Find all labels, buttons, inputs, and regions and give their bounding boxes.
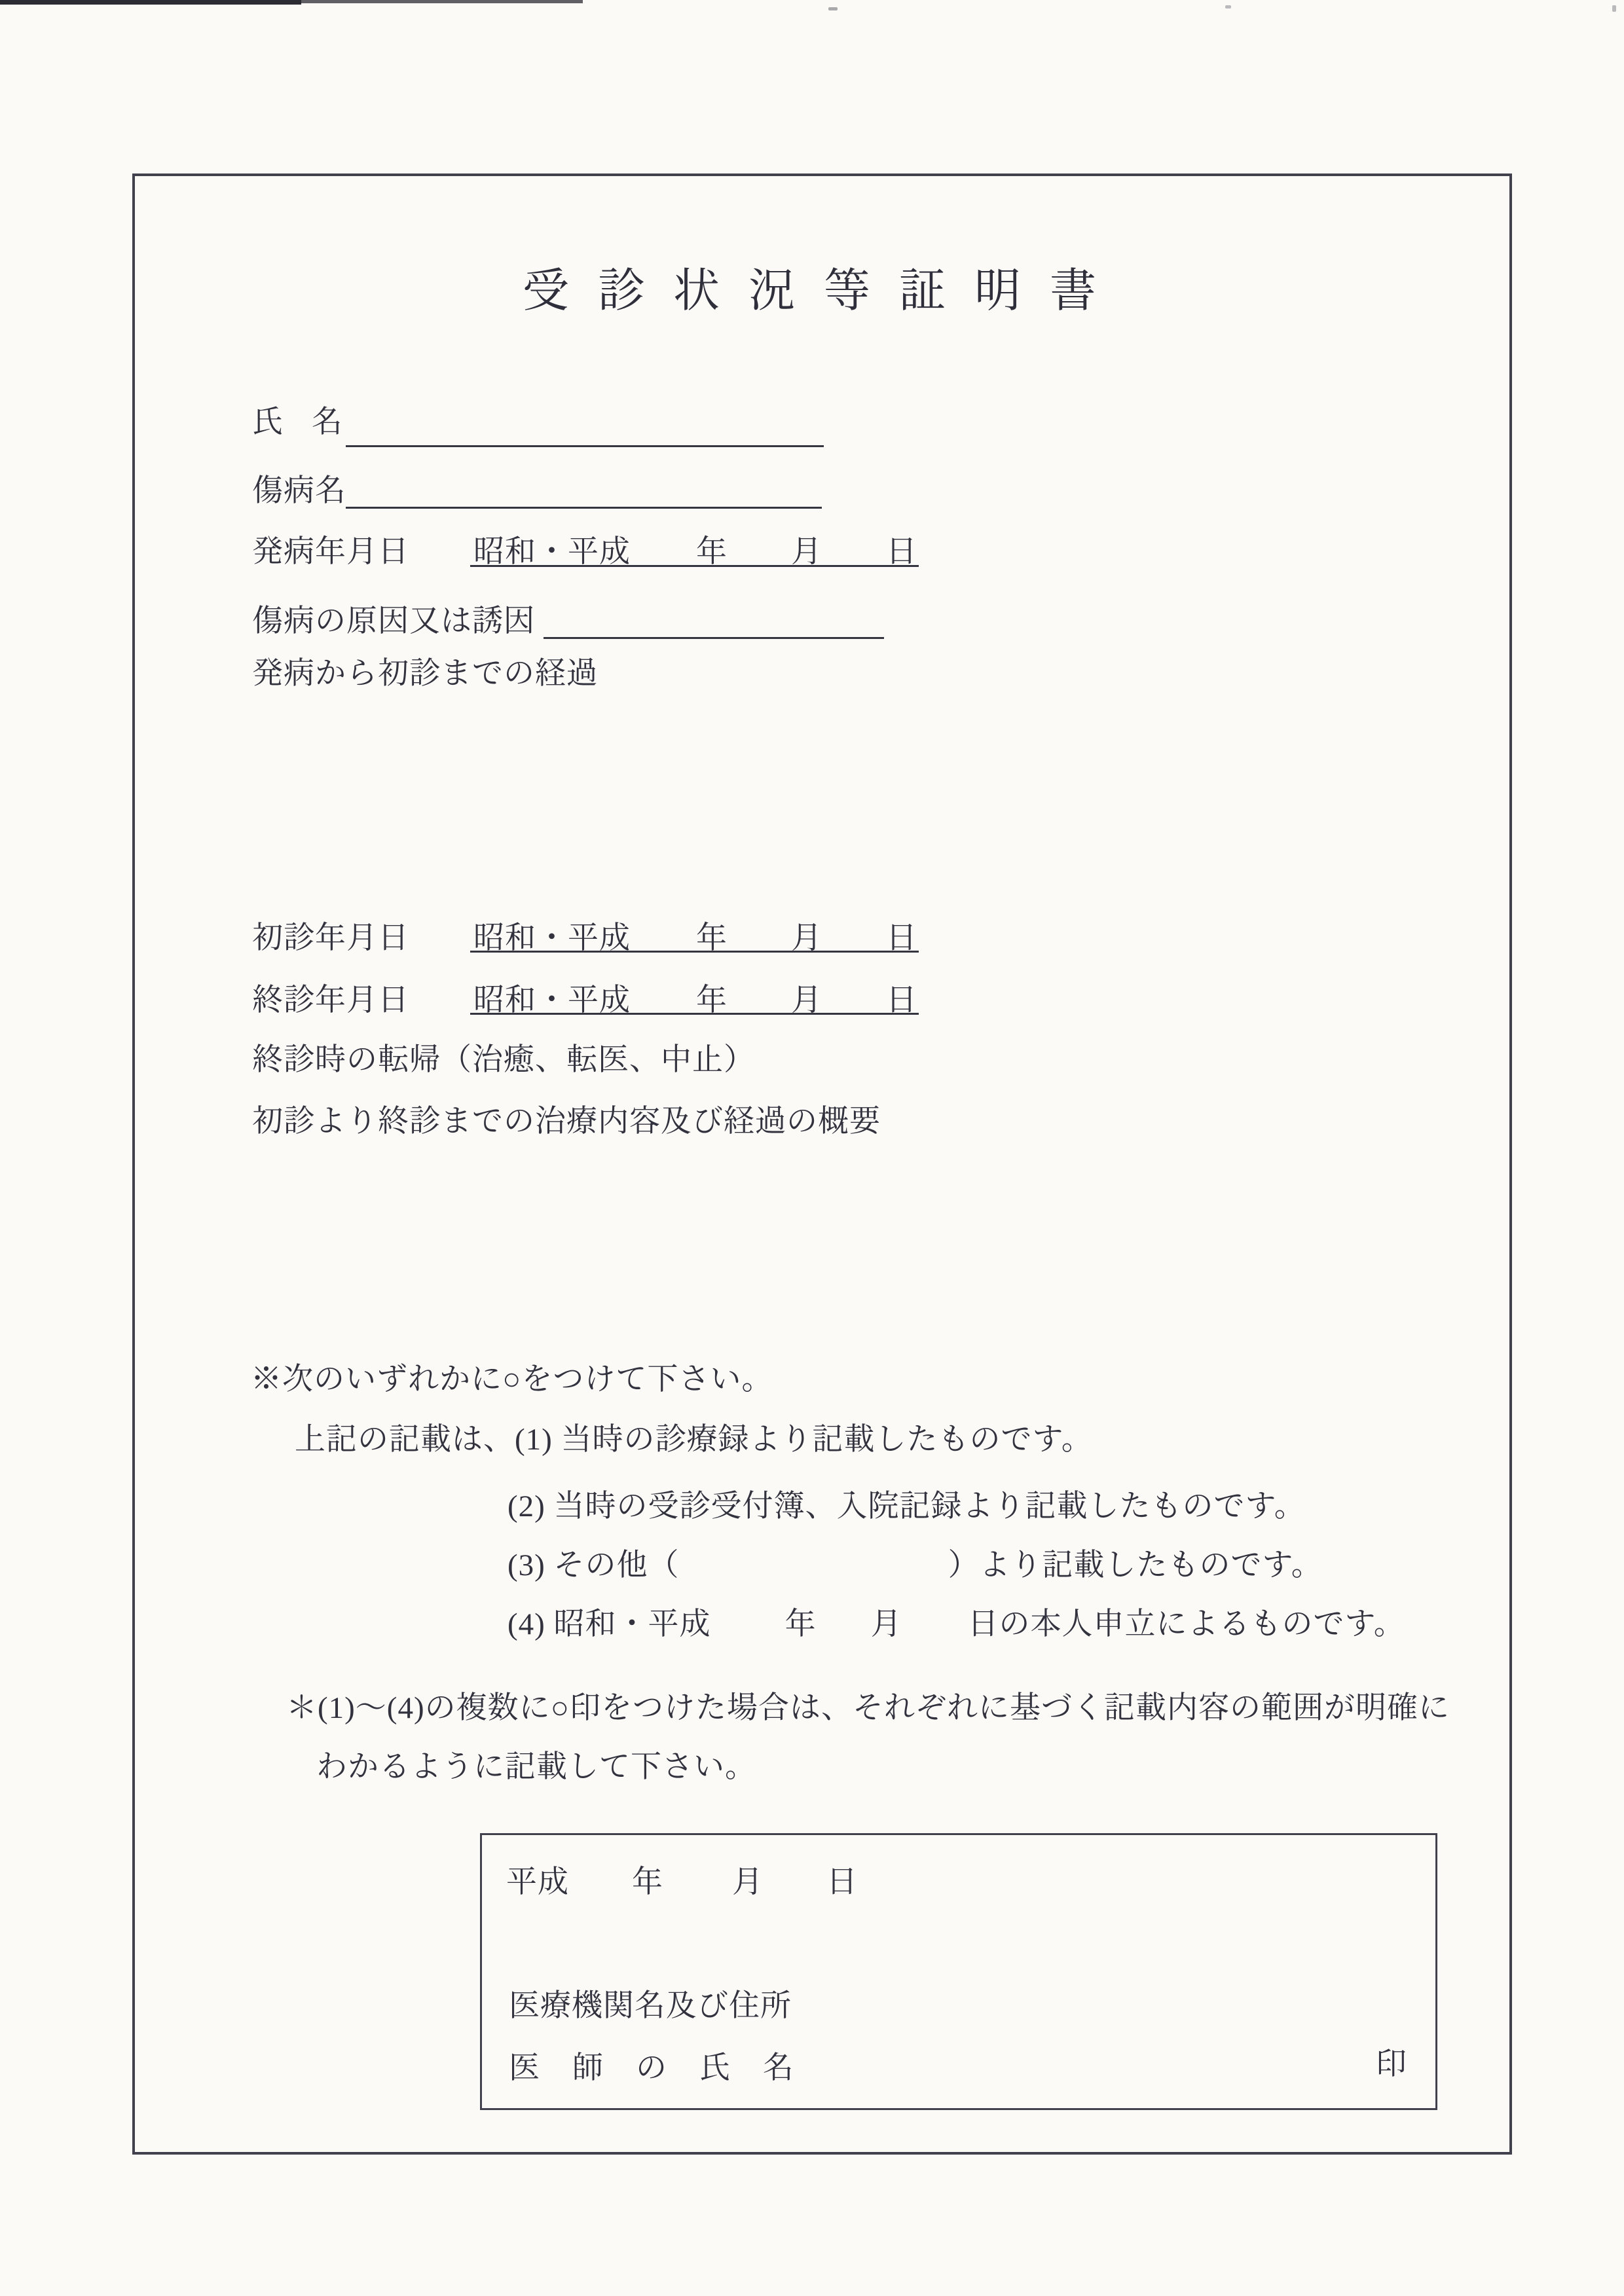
summary-row: 初診より終診までの治療内容及び経過の概要 bbox=[0, 1102, 1624, 1142]
disease-label: 傷病名 bbox=[252, 472, 346, 510]
cause-row: 傷病の原因又は誘因 bbox=[0, 602, 1624, 642]
doctor-name-label: 医師の氏名 bbox=[509, 2049, 826, 2087]
outcome-label: 終診時の転帰（治癒、転医、中止） bbox=[252, 1041, 755, 1079]
certify-date-row: 平成 年 月 日 bbox=[0, 1863, 1624, 1903]
item3-head: (3) その他（ bbox=[507, 1548, 680, 1582]
onset-label: 発病年月日 bbox=[252, 533, 409, 571]
scanned-form-page: 受診状況等証明書 氏名 傷病名 発病年月日 昭和・平成 年 月 日 傷病の原因又… bbox=[0, 0, 1624, 2296]
onset-date-fill-line bbox=[470, 565, 919, 567]
last-visit-fill-line bbox=[470, 1013, 919, 1015]
certify-day-label: 日 bbox=[826, 1863, 858, 1901]
item4-tail: 日の本人申立によるものです。 bbox=[968, 1607, 1405, 1641]
first-visit-fill-line bbox=[470, 951, 919, 953]
item4-head: (4) 昭和・平成 bbox=[507, 1607, 711, 1641]
course-row: 発病から初診までの経過 bbox=[0, 655, 1624, 694]
institution-row: 医療機関名及び住所 bbox=[0, 1987, 1624, 2026]
cause-fill-line bbox=[544, 637, 884, 639]
checklist-item-3-text: (3) その他（）より記載したものです。 bbox=[507, 1546, 1323, 1584]
checklist-item-1-text: 上記の記載は、(1) 当時の診療録より記載したものです。 bbox=[295, 1421, 1093, 1459]
name-label: 氏名 bbox=[252, 403, 371, 441]
first-visit-label: 初診年月日 bbox=[252, 919, 409, 957]
cause-label: 傷病の原因又は誘因 bbox=[252, 602, 535, 640]
name-fill-line bbox=[346, 445, 824, 447]
doctor-name-row: 医師の氏名 印 bbox=[0, 2049, 1624, 2088]
certify-era-label: 平成 bbox=[506, 1863, 569, 1901]
seal-label: 印 bbox=[1376, 2045, 1407, 2083]
scan-speck bbox=[828, 7, 838, 10]
outcome-row: 終診時の転帰（治癒、転医、中止） bbox=[0, 1041, 1624, 1080]
footnote-line-2: わかるように記載して下さい。 bbox=[0, 1748, 1624, 1787]
scan-speck bbox=[1225, 5, 1231, 9]
checklist-item-4: (4) 昭和・平成年月日の本人申立によるものです。 bbox=[0, 1605, 1624, 1645]
last-visit-row: 終診年月日 昭和・平成 年 月 日 bbox=[0, 981, 1624, 1021]
checklist-instruction: ※次のいずれかに○をつけて下さい。 bbox=[251, 1360, 773, 1398]
footnote-text-1: ＊(1)〜(4)の複数に○印をつけた場合は、それぞれに基づく記載内容の範囲が明確… bbox=[286, 1689, 1450, 1727]
footnote-text-2: わかるように記載して下さい。 bbox=[316, 1748, 756, 1786]
checklist-item-3: (3) その他（）より記載したものです。 bbox=[0, 1546, 1624, 1586]
name-row: 氏名 bbox=[0, 403, 1624, 443]
checklist-instruction-row: ※次のいずれかに○をつけて下さい。 bbox=[0, 1360, 1624, 1400]
checklist-item-2-text: (2) 当時の受診受付簿、入院記録より記載したものです。 bbox=[507, 1487, 1306, 1525]
checklist-item-1: 上記の記載は、(1) 当時の診療録より記載したものです。 bbox=[0, 1421, 1624, 1460]
footnote-line-1: ＊(1)〜(4)の複数に○印をつけた場合は、それぞれに基づく記載内容の範囲が明確… bbox=[0, 1689, 1624, 1728]
form-title: 受診状況等証明書 bbox=[523, 265, 1125, 318]
checklist-item-2: (2) 当時の受診受付簿、入院記録より記載したものです。 bbox=[0, 1487, 1624, 1527]
item3-blank-gap bbox=[680, 1575, 948, 1575]
item4-month: 月 bbox=[871, 1607, 902, 1641]
certify-month-label: 月 bbox=[732, 1863, 764, 1901]
disease-row: 傷病名 bbox=[0, 472, 1624, 511]
institution-label: 医療機関名及び住所 bbox=[509, 1987, 792, 2025]
last-visit-label: 終診年月日 bbox=[252, 981, 409, 1019]
certify-year-label: 年 bbox=[632, 1863, 663, 1901]
scan-artifact-line bbox=[0, 0, 301, 5]
scan-speck bbox=[1612, 5, 1616, 12]
first-visit-row: 初診年月日 昭和・平成 年 月 日 bbox=[0, 919, 1624, 958]
disease-fill-line bbox=[346, 507, 822, 509]
checklist-item-4-text: (4) 昭和・平成年月日の本人申立によるものです。 bbox=[507, 1605, 1405, 1643]
summary-label: 初診より終診までの治療内容及び経過の概要 bbox=[252, 1102, 881, 1140]
item3-tail: ）より記載したものです。 bbox=[948, 1548, 1323, 1582]
course-label: 発病から初診までの経過 bbox=[252, 655, 598, 693]
scan-artifact-line bbox=[298, 0, 583, 3]
item4-year: 年 bbox=[785, 1607, 817, 1641]
